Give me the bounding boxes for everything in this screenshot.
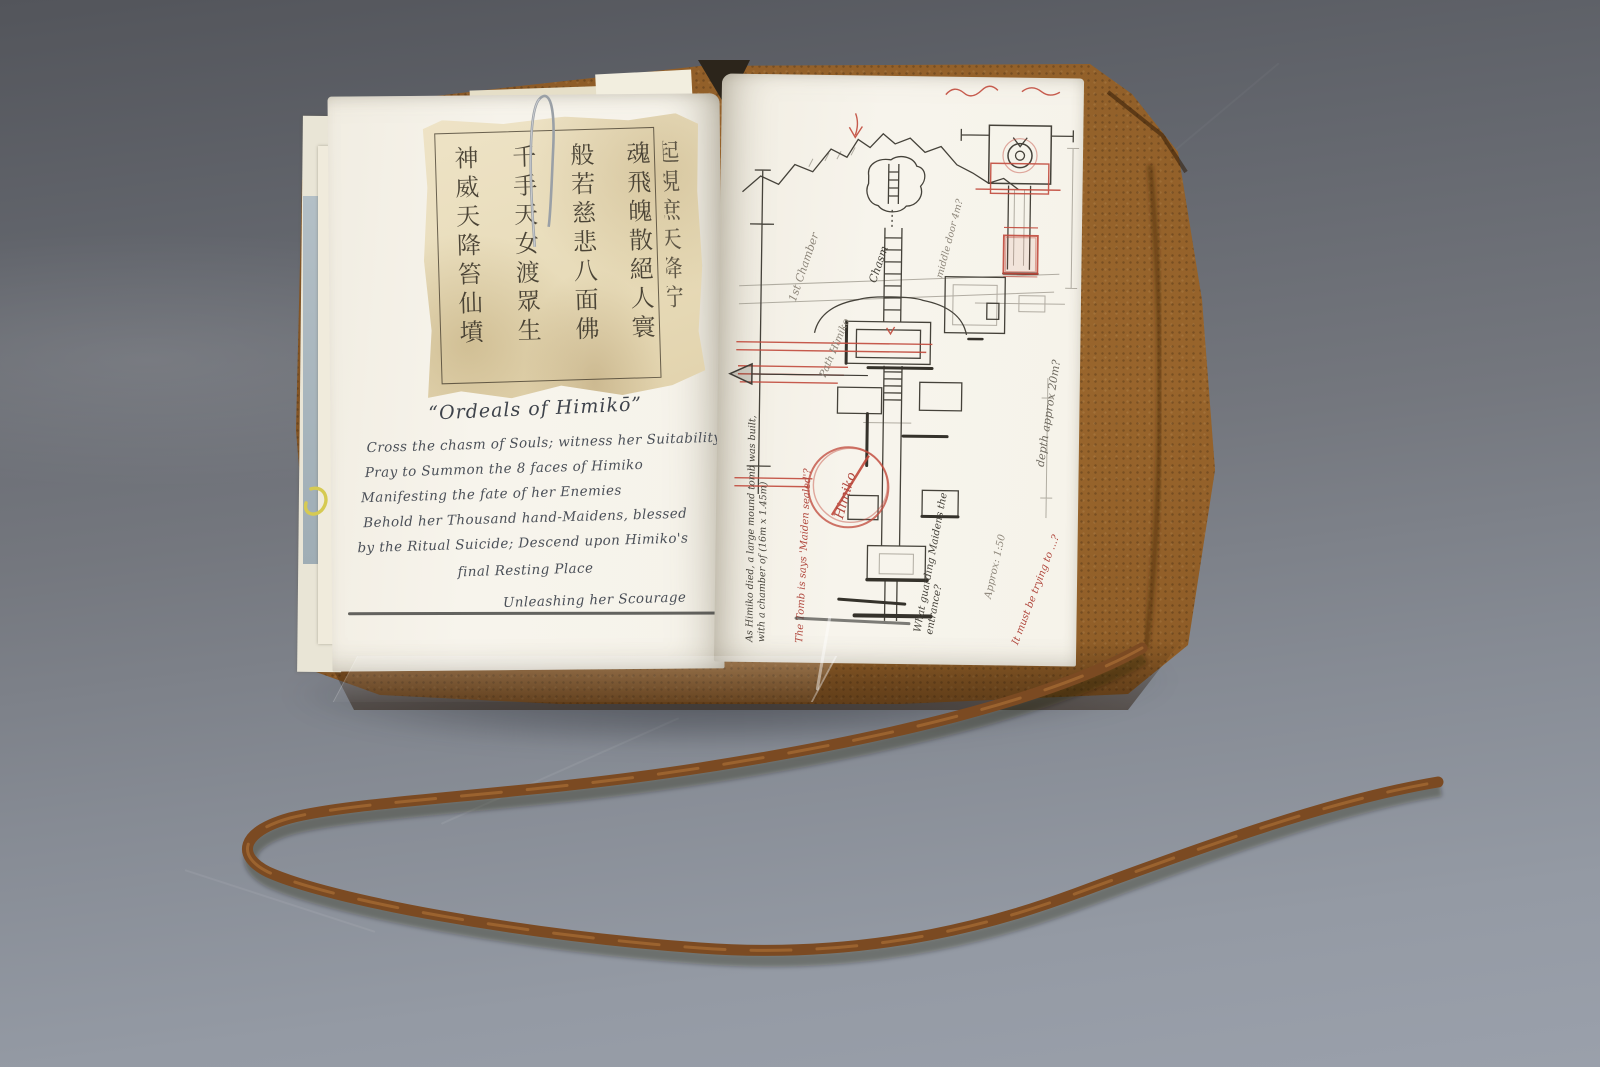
- journal-photo-scene: 神威天降笞仙墳 千手天女渡眾生 般若慈悲八面佛 魂飛魄散絕人寰 起視庶天降佇 “…: [0, 0, 1600, 1067]
- flap-crease: [1146, 165, 1160, 648]
- strap-highlight: [247, 648, 1438, 950]
- leather-tie-strap: [0, 0, 1600, 1067]
- flap-fold-line: [1108, 92, 1186, 172]
